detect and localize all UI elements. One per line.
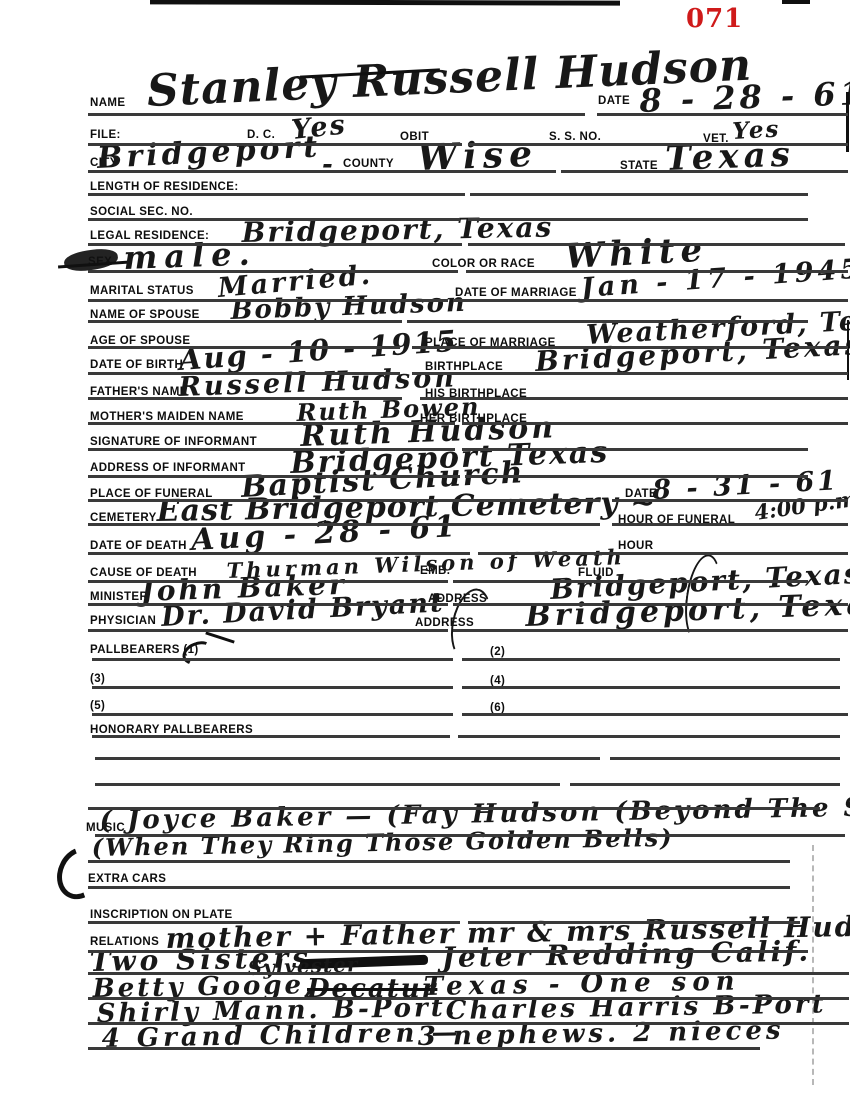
rule-line (462, 713, 848, 716)
rule-line (468, 243, 845, 246)
rule-line (92, 735, 450, 738)
pallbearers-2-label: (2) (490, 646, 505, 658)
rule-line (88, 1022, 849, 1025)
rule-line (412, 346, 848, 349)
signature-of-informant-label: SIGNATURE OF INFORMANT (90, 436, 257, 448)
date-of-birth-label: DATE OF BIRTH (90, 359, 183, 371)
rule-line (88, 552, 470, 555)
address-of-informant-label: ADDRESS OF INFORMANT (90, 462, 246, 474)
rule-line (88, 860, 790, 863)
rule-line (88, 113, 585, 116)
color-or-race-label: COLOR OR RACE (432, 258, 535, 270)
rule-line (95, 783, 560, 786)
ink-scribble (179, 637, 217, 669)
rule-line (466, 270, 848, 273)
rule-line (88, 997, 849, 1000)
rule-line (88, 320, 402, 323)
relations-line2-end: Jeter Redding Calif. (442, 938, 812, 972)
city-value: Bridgeport (96, 132, 322, 174)
rule-line (88, 950, 808, 953)
rule-line (88, 243, 462, 246)
rule-line (95, 834, 845, 837)
rule-line (468, 218, 808, 221)
scan-edge-sliver (847, 320, 849, 380)
rule-line (453, 299, 848, 302)
rule-line (453, 629, 848, 632)
rule-line (462, 448, 808, 451)
rule-line (88, 218, 460, 221)
rule-line (88, 886, 790, 889)
rule-line (462, 658, 840, 661)
rule-line (92, 713, 453, 716)
rule-line (88, 299, 448, 302)
ssno-label: S. S. NO. (549, 131, 601, 143)
rule-line (88, 580, 448, 583)
minister-label: MINISTER (90, 591, 148, 603)
rule-line (88, 499, 600, 502)
pallbearers-3-label: (3) (90, 673, 105, 685)
rule-line (462, 686, 840, 689)
rule-line (468, 143, 848, 146)
rule-line (453, 603, 848, 606)
rule-line (88, 1047, 760, 1050)
rule-line (88, 346, 400, 349)
rule-line (88, 972, 849, 975)
document-page: 071 NAME Stanley Russell Hudson DATE 8 -… (0, 0, 850, 1100)
rule-line (458, 735, 840, 738)
rule-line (88, 629, 448, 632)
city-dash: - (322, 152, 333, 178)
rule-line (561, 170, 848, 173)
rule-line (88, 397, 402, 400)
music-line2-value: (When They Ring Those Golden Bells) (92, 826, 674, 860)
rule-line (570, 783, 840, 786)
scan-edge-band (150, 0, 620, 6)
marital-status-label: MARITAL STATUS (90, 285, 194, 297)
rule-line (453, 580, 808, 583)
rule-line (88, 475, 460, 478)
scan-edge-dotted (812, 845, 814, 1085)
rule-line (88, 170, 556, 173)
rule-line (597, 113, 848, 116)
rule-line (88, 372, 400, 375)
rule-line (407, 320, 808, 323)
pallbearers-5-label: (5) (90, 700, 105, 712)
rule-line (612, 499, 848, 502)
rule-line (612, 523, 848, 526)
rule-line (88, 193, 465, 196)
rule-line (88, 143, 462, 146)
page-number: 071 (686, 4, 743, 34)
county-label: COUNTY (343, 158, 394, 170)
rule-line (420, 397, 848, 400)
date-label: DATE (598, 95, 630, 107)
rule-line (92, 686, 453, 689)
social-sec-no-label: SOCIAL SEC. NO. (90, 206, 193, 218)
date-of-marriage-label: DATE OF MARRIAGE (455, 287, 577, 299)
rule-line (88, 448, 455, 451)
rule-line (92, 658, 453, 661)
extra-cars-label: EXTRA CARS (88, 873, 166, 885)
rule-line (88, 523, 600, 526)
inscription-on-plate-label: INSCRIPTION ON PLATE (90, 909, 233, 921)
rule-line (412, 372, 848, 375)
rule-line (88, 270, 458, 273)
physician-label: PHYSICIAN (90, 615, 156, 627)
rule-line (88, 603, 448, 606)
rule-line (478, 552, 848, 555)
rule-line (462, 422, 848, 425)
rule-line (88, 422, 455, 425)
name-of-spouse-value: Bobby Hudson (230, 290, 467, 324)
rule-line (470, 193, 808, 196)
date-of-death-label: DATE OF DEATH (90, 540, 187, 552)
name-label: NAME (90, 97, 125, 109)
scan-edge-dash (782, 0, 810, 4)
length-of-residence-label: LENGTH OF RESIDENCE: (90, 181, 239, 193)
rule-line (610, 757, 840, 760)
ink-scribble-line (205, 631, 234, 643)
rule-line (88, 807, 820, 810)
date-value: 8 - 28 - 61 (639, 77, 850, 117)
rule-line (88, 921, 460, 924)
rule-line (465, 475, 808, 478)
rule-line (468, 921, 800, 924)
rule-line (95, 757, 600, 760)
birthplace-value: Bridgeport, Texas (535, 331, 850, 376)
